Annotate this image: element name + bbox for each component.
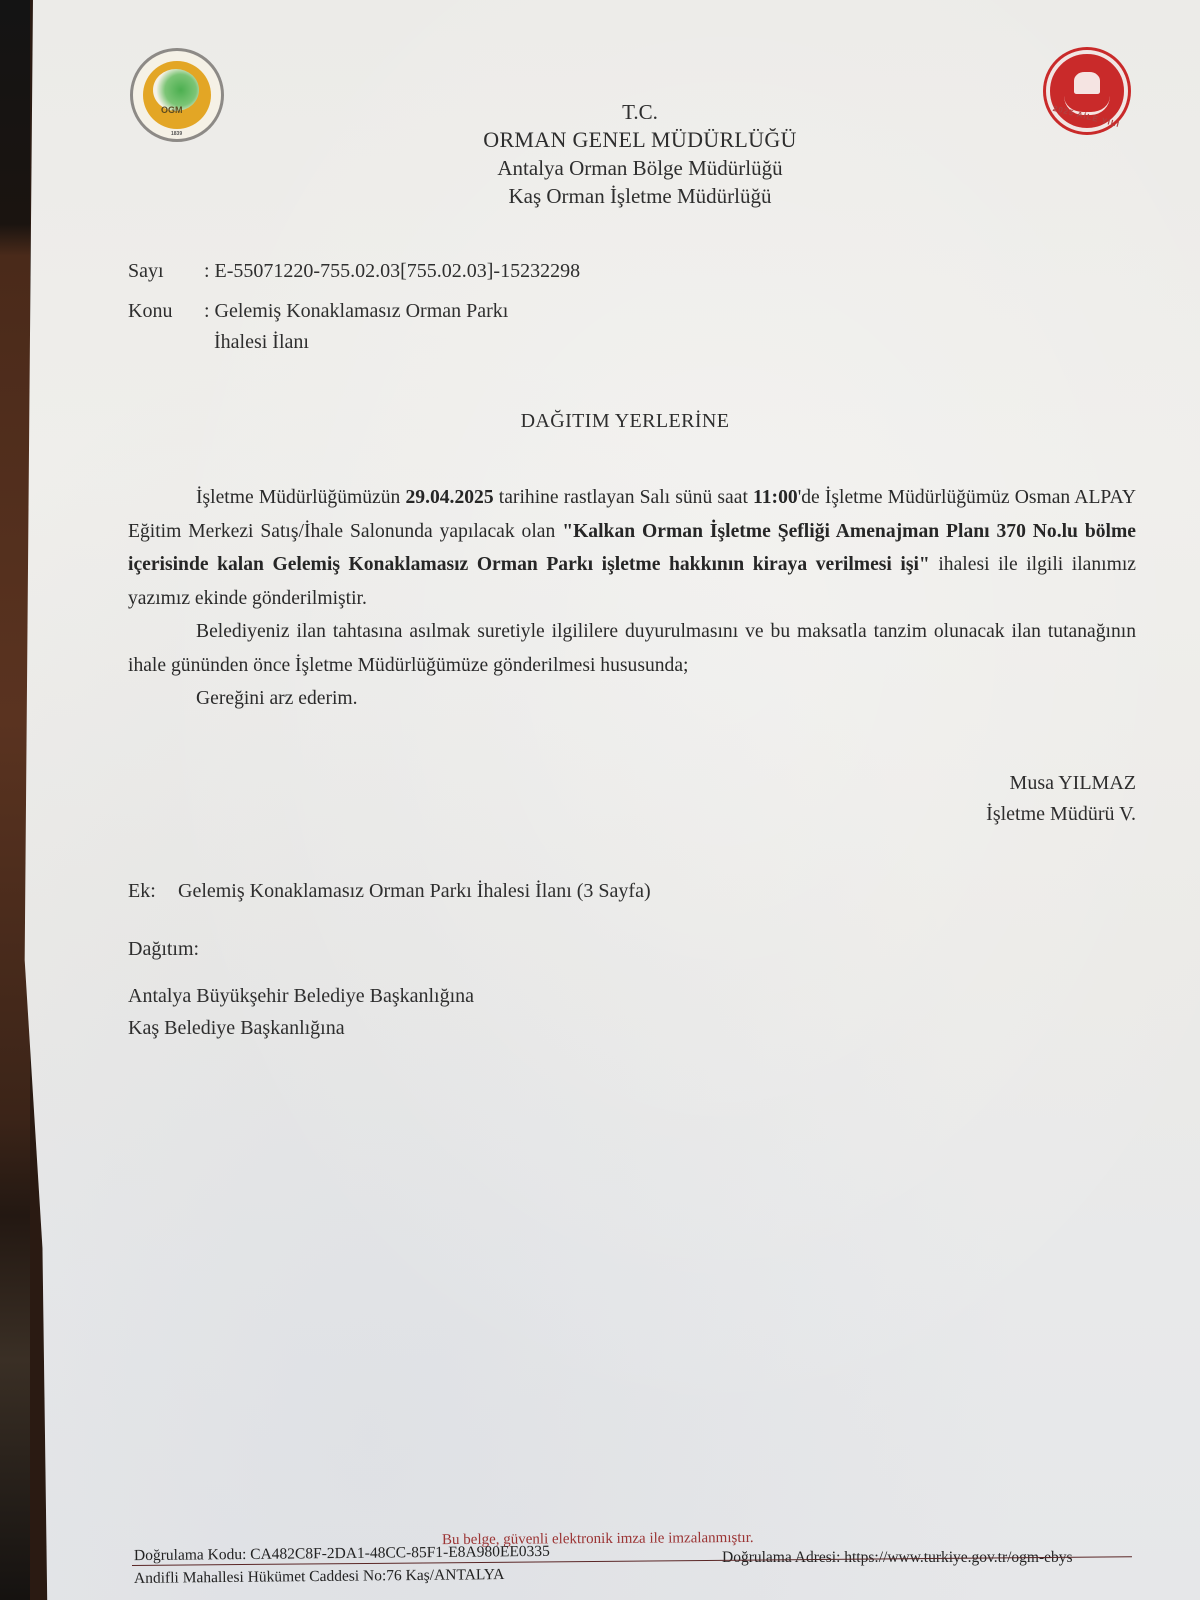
distribution-recipient: Kaş Belediye Başkanlığına bbox=[128, 1012, 474, 1044]
sayi-value: : E-55071220-755.02.03[755.02.03]-152322… bbox=[204, 260, 580, 283]
body-paragraph-1: İşletme Müdürlüğümüzün 29.04.2025 tarihi… bbox=[128, 481, 1136, 615]
body-paragraph-3: Gereğini arz ederim. bbox=[128, 682, 1136, 716]
signature-block: Musa YILMAZ İşletme Müdürü V. bbox=[986, 768, 1136, 830]
addressee-heading: DAĞITIM YERLERİNE bbox=[400, 410, 850, 433]
letterhead-ministry: ORMAN GENEL MÜDÜRLÜĞÜ bbox=[430, 126, 850, 154]
emblem-text: OGM bbox=[161, 105, 183, 115]
letterhead: T.C. ORMAN GENEL MÜDÜRLÜĞÜ Antalya Orman… bbox=[430, 98, 850, 210]
letter-body: İşletme Müdürlüğümüzün 29.04.2025 tarihi… bbox=[128, 481, 1136, 716]
family-figure-icon bbox=[1074, 72, 1100, 94]
tender-date: 29.04.2025 bbox=[405, 487, 493, 508]
attachment-value: Gelemiş Konaklamasız Orman Parkı İhalesi… bbox=[178, 880, 651, 902]
distribution-recipient: Antalya Büyükşehir Belediye Başkanlığına bbox=[128, 980, 474, 1012]
konu-value-line2: İhalesi İlanı bbox=[214, 331, 309, 354]
konu-value: : Gelemiş Konaklamasız Orman Parkı bbox=[204, 300, 508, 323]
table-surface-background bbox=[0, 0, 30, 1600]
distribution-label: Dağıtım: bbox=[128, 938, 199, 961]
signatory-title: İşletme Müdürü V. bbox=[986, 799, 1136, 830]
distribution-list: Antalya Büyükşehir Belediye Başkanlığına… bbox=[128, 980, 474, 1044]
body-text: İşletme Müdürlüğümüzün bbox=[196, 487, 405, 508]
emblem-year: 1839 bbox=[171, 131, 182, 137]
letterhead-region: Antalya Orman Bölge Müdürlüğü bbox=[430, 154, 850, 182]
ogm-emblem-icon: OGM 1839 bbox=[130, 48, 224, 142]
letterhead-tc: T.C. bbox=[430, 98, 850, 126]
body-text: tarihine rastlayan Salı sünü saat bbox=[494, 487, 753, 508]
letterhead-office: Kaş Orman İşletme Müdürlüğü bbox=[430, 182, 850, 210]
sayi-label: Sayı bbox=[128, 260, 164, 283]
signatory-name: Musa YILMAZ bbox=[986, 768, 1136, 799]
attachment-line: Ek:Gelemiş Konaklamasız Orman Parkı İhal… bbox=[128, 880, 651, 903]
emblem-ring: OGM bbox=[143, 61, 211, 129]
body-paragraph-2: Belediyeniz ilan tahtasına asılmak suret… bbox=[128, 615, 1136, 682]
tender-time: 11:00 bbox=[753, 487, 798, 508]
konu-label: Konu bbox=[128, 300, 172, 323]
attachment-label: Ek: bbox=[128, 880, 178, 903]
